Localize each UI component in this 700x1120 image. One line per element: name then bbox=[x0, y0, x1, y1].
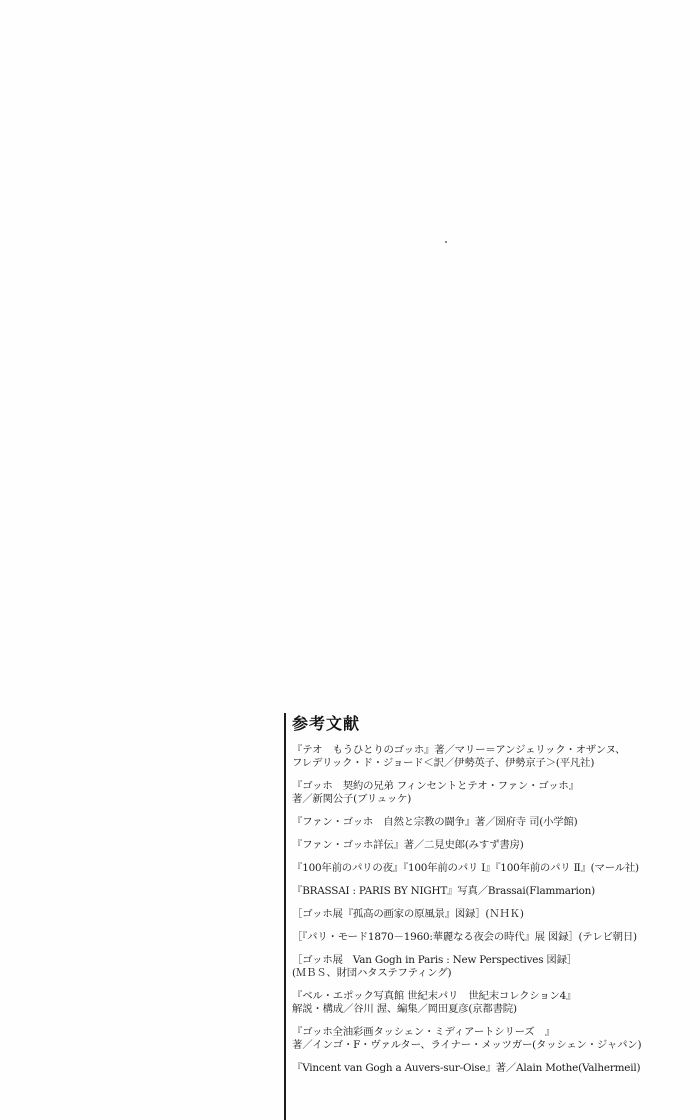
reference-item: 『ファン・ゴッホ詳伝』著／二見史郎(みすず書房) bbox=[292, 839, 697, 852]
reference-item: 『BRASSAI : PARIS BY NIGHT』写真／Brassai(Fla… bbox=[292, 885, 697, 898]
reference-item: 『ファン・ゴッホ 自然と宗教の闘争』著／圀府寺 司(小学館) bbox=[292, 816, 697, 829]
reference-line: 『Vincent van Gogh a Auvers-sur-Oise』著／Al… bbox=[292, 1062, 697, 1075]
reference-item: 『Vincent van Gogh a Auvers-sur-Oise』著／Al… bbox=[292, 1062, 697, 1075]
section-title: 参考文献 bbox=[292, 714, 697, 734]
reference-line: 『BRASSAI : PARIS BY NIGHT』写真／Brassai(Fla… bbox=[292, 885, 697, 898]
reference-line: 『ゴッホ 契約の兄弟 フィンセントとテオ・ファン・ゴッホ』 bbox=[292, 780, 697, 793]
reference-line: 著／インゴ・F・ヴァルター、ライナー・メッツガー(タッシェン・ジャパン) bbox=[292, 1039, 697, 1052]
book-page: 参考文献 『テオ もうひとりのゴッホ』著／マリー＝アンジェリック・オザンヌ、 フ… bbox=[0, 0, 700, 1120]
reference-line: 『ベル・エポック写真館 世紀末パリ 世紀末コレクション4』 bbox=[292, 990, 697, 1003]
reference-line: フレデリック・ド・ジョード＜訳／伊勢英子、伊勢京子＞(平凡社) bbox=[292, 757, 697, 770]
scan-speck bbox=[445, 241, 447, 243]
reference-line: 『テオ もうひとりのゴッホ』著／マリー＝アンジェリック・オザンヌ、 bbox=[292, 744, 697, 757]
reference-item: 『テオ もうひとりのゴッホ』著／マリー＝アンジェリック・オザンヌ、 フレデリック… bbox=[292, 744, 697, 770]
reference-line: ［ゴッホ展 Van Gogh in Paris : New Perspectiv… bbox=[292, 954, 697, 967]
references-section: 参考文献 『テオ もうひとりのゴッホ』著／マリー＝アンジェリック・オザンヌ、 フ… bbox=[292, 714, 697, 1085]
reference-item: ［ゴッホ展 Van Gogh in Paris : New Perspectiv… bbox=[292, 954, 697, 980]
reference-line: 著／新関公子(ブリュッケ) bbox=[292, 793, 697, 806]
reference-item: 『ゴッホ全油彩画タッシェン・ミディアートシリーズ 』 著／インゴ・F・ヴァルター… bbox=[292, 1026, 697, 1052]
reference-item: ［ゴッホ展『孤高の画家の原風景』図録］(ＮＨＫ) bbox=[292, 908, 697, 921]
reference-line: 『ゴッホ全油彩画タッシェン・ミディアートシリーズ 』 bbox=[292, 1026, 697, 1039]
reference-item: 『100年前のパリの夜』『100年前のパリ Ⅰ』『100年前のパリ Ⅱ』(マール… bbox=[292, 862, 697, 875]
reference-list: 『テオ もうひとりのゴッホ』著／マリー＝アンジェリック・オザンヌ、 フレデリック… bbox=[292, 744, 697, 1075]
reference-line: 解説・構成／谷川 渥、編集／岡田夏彦(京都書院) bbox=[292, 1003, 697, 1016]
reference-item: 『ベル・エポック写真館 世紀末パリ 世紀末コレクション4』 解説・構成／谷川 渥… bbox=[292, 990, 697, 1016]
reference-line: ［ゴッホ展『孤高の画家の原風景』図録］(ＮＨＫ) bbox=[292, 908, 697, 921]
vertical-rule bbox=[284, 713, 286, 1120]
reference-line: ［『パリ・モード1870－1960:華麗なる夜会の時代』展 図録］(テレビ朝日) bbox=[292, 931, 697, 944]
reference-line: 『ファン・ゴッホ 自然と宗教の闘争』著／圀府寺 司(小学館) bbox=[292, 816, 697, 829]
reference-line: (ＭＢＳ、財団ハタステフティング) bbox=[292, 967, 697, 980]
reference-line: 『ファン・ゴッホ詳伝』著／二見史郎(みすず書房) bbox=[292, 839, 697, 852]
reference-item: 『ゴッホ 契約の兄弟 フィンセントとテオ・ファン・ゴッホ』 著／新関公子(ブリュ… bbox=[292, 780, 697, 806]
reference-item: ［『パリ・モード1870－1960:華麗なる夜会の時代』展 図録］(テレビ朝日) bbox=[292, 931, 697, 944]
reference-line: 『100年前のパリの夜』『100年前のパリ Ⅰ』『100年前のパリ Ⅱ』(マール… bbox=[292, 862, 697, 875]
